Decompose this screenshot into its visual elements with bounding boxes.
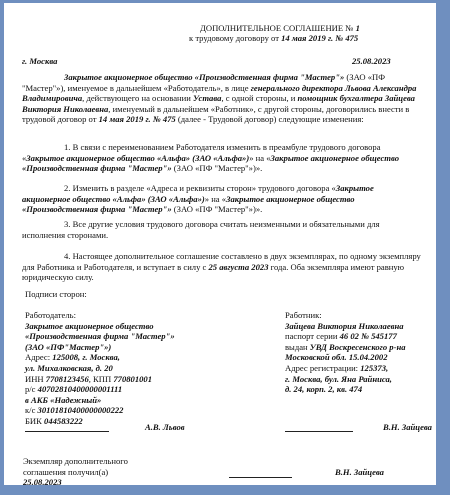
document-subtitle: к трудовому договору от 14 мая 2019 г. №… [189,33,358,44]
passport-value: 46 02 № 545177 [340,331,397,341]
title-number: 1 [356,23,360,33]
label: к/с [25,405,38,415]
clause-2: 2. Изменить в разделе «Адреса и реквизит… [22,183,422,215]
document-title: ДОПОЛНИТЕЛЬНОЕ СОГЛАШЕНИЕ № 1 [200,23,360,34]
label: паспорт серии [285,331,340,341]
effective-date: 25 августа 2023 [209,262,269,272]
reg-value: 125373, [360,363,388,373]
clause-text: (ЗАО «ПФ "Мастер"»)». [172,163,263,173]
employee-registration-line: д. 24, корп. 2, кв. 474 [285,384,406,395]
preamble-text: (далее - Трудовой договор) следующие изм… [176,114,364,124]
receipt-signature-line [229,477,292,478]
employer-signature-line [25,431,109,432]
employee-signature-line [285,431,353,432]
employee-label: Работник: [285,310,406,321]
document-page: ДОПОЛНИТЕЛЬНОЕ СОГЛАШЕНИЕ № 1 к трудовом… [4,3,436,485]
receipt-line: Экземпляр дополнительного [23,456,128,467]
employee-registration-line: г. Москва, бул. Яна Райниса, [285,374,406,385]
subtitle-text: к трудовому договору от [189,33,281,43]
subtitle-ref: 14 мая 2019 г. № 475 [281,33,358,43]
clause-3: 3. Все другие условия трудового договора… [22,219,422,240]
employer-name-line: «Производственная фирма "Мастер"» [25,331,175,342]
clause-text: » на « [205,194,226,204]
receipt-date: 25.08.2023 [23,477,128,485]
employee-registration: Адрес регистрации: 125373, [285,363,406,374]
label: Адрес регистрации: [285,363,360,373]
employee-block: Работник: Зайцева Виктория Николаевна па… [285,310,406,395]
employer-label: Работодатель: [25,310,175,321]
label: выдан [285,342,310,352]
employee-issued-line: Московской обл. 15.04.2002 [285,352,406,363]
kpp-value: 770801001 [113,374,152,384]
label: , КПП [89,374,114,384]
receipt-signer: В.Н. Зайцева [335,467,384,478]
employer-address: Адрес: 125008, г. Москва, [25,352,175,363]
employer-account: р/с 40702810400000001111 [25,384,175,395]
signatures-heading: Подписи сторон: [25,289,87,300]
employer-block: Работодатель: Закрытое акционерное общес… [25,310,175,427]
receipt-line: соглашения получил(а) [23,467,128,478]
label: Адрес: [25,352,52,362]
label: ИНН [25,374,46,384]
employer-corr-account: к/с 30101810400000000222 [25,405,175,416]
issued-value: УВД Воскресенского р-на [310,342,406,352]
employee-passport: паспорт серии 46 02 № 545177 [285,331,406,342]
employee-name: Зайцева Виктория Николаевна [285,321,406,332]
old-name: Закрытое акционерное общество «Альфа» (З… [26,153,249,163]
title-text: ДОПОЛНИТЕЛЬНОЕ СОГЛАШЕНИЕ № [200,23,356,33]
clause-4: 4. Настоящее дополнительное соглашение с… [22,251,422,283]
clause-text: 2. Изменить в разделе «Адреса и реквизит… [64,183,336,193]
employer-name-line: Закрытое акционерное общество [25,321,175,332]
employer-inn-kpp: ИНН 7708123456, КПП 770801001 [25,374,175,385]
employer-signer: А.В. Львов [145,422,185,433]
employer-address-line: ул. Михалковская, д. 20 [25,363,175,374]
clause-text: (ЗАО «ПФ "Мастер"»)». [172,204,263,214]
employee-signer: В.Н. Зайцева [383,422,432,433]
label: БИК [25,416,44,426]
corr-account-value: 30101810400000000222 [38,405,124,415]
clause-text: » на « [249,153,270,163]
employer-bank: в АКБ «Надежный» [25,395,175,406]
city: г. Москва [22,56,57,67]
preamble-text: , действующего на основании [82,93,193,103]
inn-value: 7708123456 [46,374,89,384]
bik-value: 044583222 [44,416,83,426]
preamble: Закрытое акционерное общество «Производс… [22,72,422,125]
employee-issued: выдан УВД Воскресенского р-на [285,342,406,353]
label: р/с [25,384,38,394]
preamble-text: , с одной стороны, и [221,93,297,103]
document-date: 25.08.2023 [352,56,391,67]
receipt-block: Экземпляр дополнительного соглашения пол… [23,456,128,485]
value: 125008, г. Москва, [52,352,120,362]
contract-ref: 14 мая 2019 г. № 475 [99,114,176,124]
employer-name-line: (ЗАО «ПФ"Мастер"») [25,342,175,353]
basis: Устава [193,93,221,103]
account-value: 40702810400000001111 [38,384,123,394]
clause-1: 1. В связи с переименованием Работодател… [22,142,422,174]
employer-name: Закрытое акционерное общество «Производс… [64,72,344,82]
